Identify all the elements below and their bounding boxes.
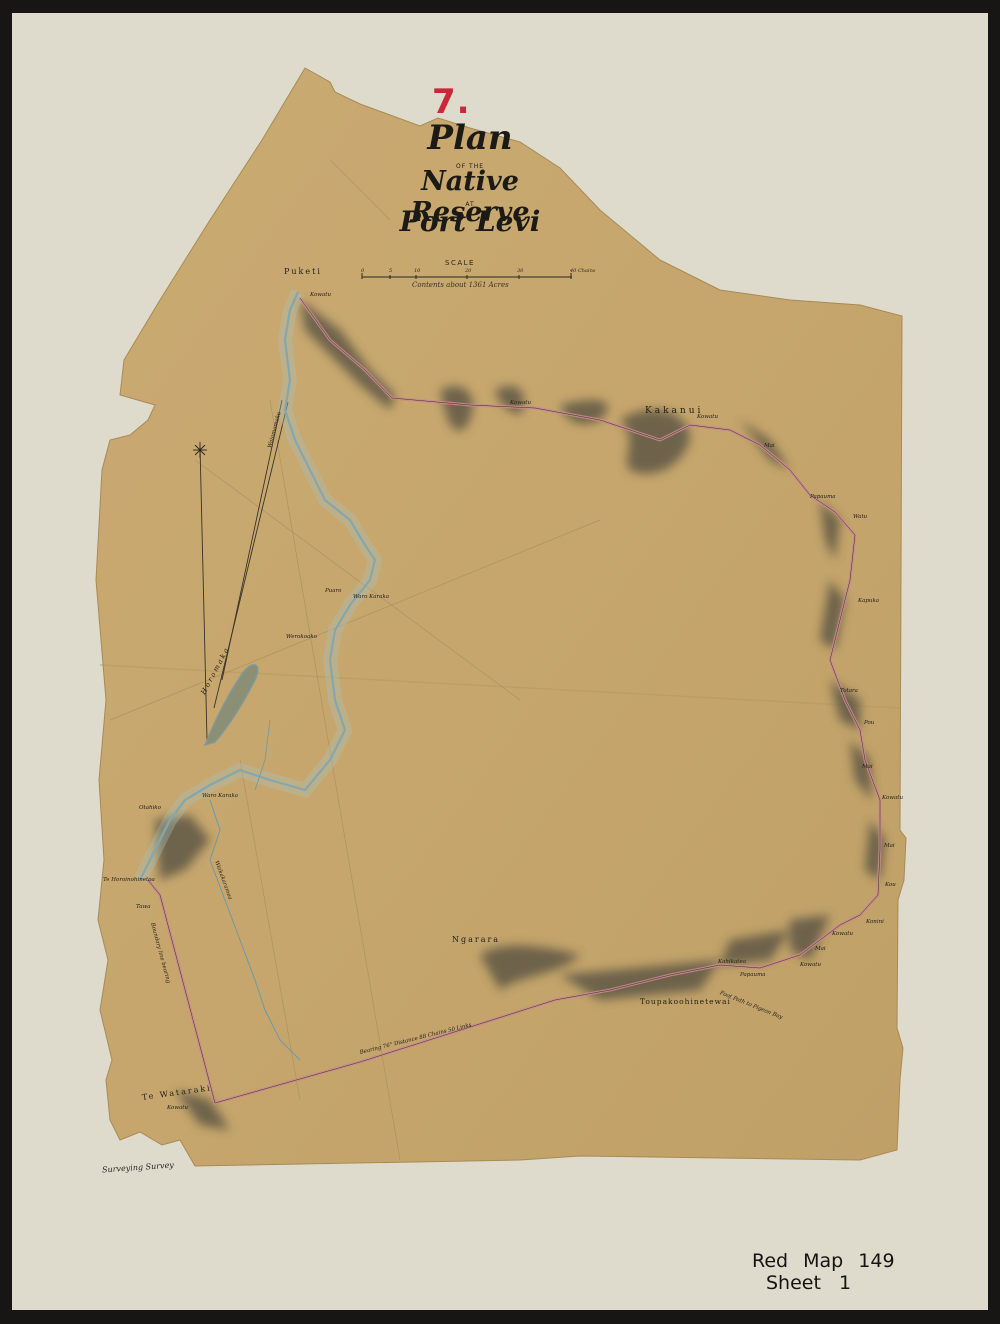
sheet-number: 7. xyxy=(432,82,471,122)
scale-tick: 40 Chains xyxy=(570,268,595,274)
place-label: Kowatu xyxy=(882,795,903,801)
place-label: Konini xyxy=(866,919,884,925)
place-label: Mai xyxy=(815,946,826,952)
place-label: Mai xyxy=(862,764,873,770)
place-label: Mai xyxy=(884,843,895,849)
place-label: Puketi xyxy=(284,267,322,276)
place-label: Kowatu xyxy=(800,962,821,968)
place-label: Kahikatea xyxy=(718,959,746,965)
scale-tick: 30 xyxy=(517,268,523,274)
place-label: Tawa xyxy=(136,904,151,910)
place-label: Kakanui xyxy=(645,406,703,416)
catalog-label: Red Map 149 Sheet 1 xyxy=(752,1250,895,1294)
place-label: Kowatu xyxy=(310,292,331,298)
catalog-map-number: Red Map 149 xyxy=(752,1250,895,1272)
place-label: Toupakoohinetewai xyxy=(640,997,731,1006)
scale-tick: 0 xyxy=(361,268,364,274)
place-label: Kowatu xyxy=(510,400,531,406)
place-label: Puaro xyxy=(325,588,341,594)
place-label: Watu xyxy=(853,514,867,520)
place-label: Kowatu xyxy=(167,1105,188,1111)
place-label: Waro Karaka xyxy=(353,594,389,600)
place-label: Kou xyxy=(885,882,896,888)
scale-tick: 20 xyxy=(465,268,471,274)
place-label: Mai xyxy=(764,443,775,449)
place-label: Otahiko xyxy=(139,805,161,811)
scale-label: SCALE xyxy=(445,259,475,267)
title-port-levi: Port Levi xyxy=(395,205,545,238)
place-label: Papauma xyxy=(740,972,766,978)
scale-tick: 5 xyxy=(389,268,392,274)
place-label: Kowatu xyxy=(697,414,718,420)
place-label: Pou xyxy=(864,720,874,726)
title-plan: Plan xyxy=(400,118,540,158)
place-label: Papauma xyxy=(810,494,836,500)
place-label: Ngarara xyxy=(452,935,500,944)
place-label: Kowatu xyxy=(832,931,853,937)
place-label: Waro Karaka xyxy=(202,793,238,799)
scale-tick: 10 xyxy=(414,268,420,274)
place-label: Te Horoinohinetoa xyxy=(103,877,155,883)
place-label: Totara xyxy=(840,688,858,694)
catalog-sheet-number: Sheet 1 xyxy=(752,1272,895,1294)
place-label: Werokoako xyxy=(286,634,317,640)
contents-note: Contents about 1361 Acres xyxy=(412,281,509,289)
place-label: Kapuka xyxy=(858,598,879,604)
